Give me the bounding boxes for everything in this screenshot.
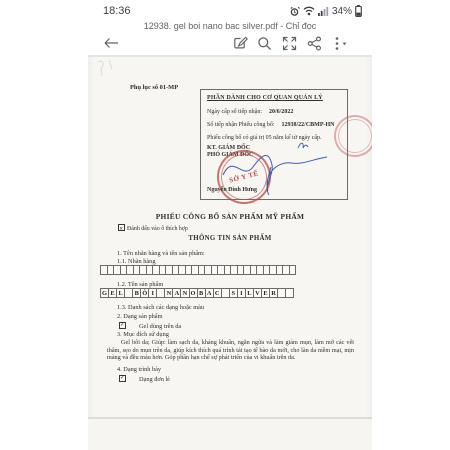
- fullscreen-icon: [282, 36, 297, 51]
- section-1-2-label: 1.2. Tên sản phẩm: [117, 281, 163, 288]
- more-vertical-icon: [332, 36, 348, 51]
- pdf-page-2-top[interactable]: [88, 419, 372, 450]
- back-button[interactable]: [102, 35, 119, 52]
- more-menu-button[interactable]: [331, 35, 348, 52]
- section-2-label: 2. Dạng sản phẩm: [117, 313, 162, 320]
- presentation-option-label: Dạng đơn lẻ: [139, 376, 170, 383]
- wifi-icon: [303, 6, 315, 16]
- status-icons: 34%: [289, 5, 362, 17]
- form-cell: [289, 265, 297, 275]
- back-arrow-icon: [103, 37, 119, 49]
- fullscreen-button[interactable]: [281, 35, 298, 52]
- status-bar: 18:36 34%: [88, 2, 372, 20]
- section-1-1-label: 1.1. Nhãn hàng: [117, 258, 155, 265]
- section-3-label: 3. Mục đích sử dụng: [117, 331, 169, 338]
- checked-checkbox-icon: [118, 224, 125, 231]
- status-time: 18:36: [103, 5, 131, 17]
- toolbar: [88, 32, 372, 54]
- document-title: 12938. gel boi nano bac silver.pdf - Chỉ…: [88, 21, 372, 31]
- product-form-option: Gel dùng trên da: [119, 322, 181, 330]
- checked-checkbox-icon: [119, 322, 126, 329]
- section-4-label: 4. Dạng trình bày: [117, 366, 161, 373]
- signal-icon: [318, 6, 329, 16]
- receipt-date-row: Ngày cấp số tiếp nhận:20/6/2022: [207, 109, 293, 115]
- edit-button[interactable]: [231, 35, 248, 52]
- appendix-label: Phụ lục số 01-MP: [130, 84, 178, 91]
- product-name-cell-row: GELBÔINANOBACSILVER: [100, 288, 294, 298]
- presentation-option: Dạng đơn lẻ: [119, 375, 170, 383]
- receipt-date-label: Ngày cấp số tiếp nhận:: [207, 109, 262, 115]
- receipt-number-row: Số tiếp nhận Phiếu công bố:12938/22/CBMP…: [207, 122, 335, 128]
- admin-box-heading: PHẦN DÀNH CHO CƠ QUAN QUẢN LÝ: [207, 95, 323, 101]
- search-button[interactable]: [256, 35, 273, 52]
- section-1-3-label: 1.3. Danh sách các dạng hoặc màu: [117, 304, 204, 311]
- form-cell: [285, 288, 294, 298]
- pdf-page[interactable]: Phụ lục số 01-MP PHẦN DÀNH CHO CƠ QUAN Q…: [88, 57, 372, 417]
- receipt-number-value: 12938/22/CBMP-HN: [282, 122, 335, 128]
- share-button[interactable]: [306, 35, 323, 52]
- alarm-icon: [289, 6, 300, 17]
- receipt-number-label: Số tiếp nhận Phiếu công bố:: [207, 122, 275, 128]
- battery-percent: 34%: [332, 6, 352, 17]
- signer-name: Nguyễn Đình Hưng: [207, 187, 257, 193]
- purpose-paragraph: Gel bôi da; Giúp: làm sạch da, kháng khu…: [107, 339, 354, 362]
- receipt-date-value: 20/6/2022: [269, 109, 293, 115]
- checkbox-note-label: Đánh dấu vào ô thích hợp: [127, 226, 188, 232]
- product-form-option-label: Gel dùng trên da: [139, 323, 181, 330]
- form-title: PHIẾU CÔNG BỐ SẢN PHẨM MỸ PHẨM: [88, 212, 372, 221]
- phone-screen: 18:36 34% 12938. gel boi nano bac silver…: [0, 0, 450, 450]
- pencil-scribble: [90, 58, 130, 86]
- brand-cell-row: [100, 265, 296, 275]
- checkbox-note: Đánh dấu vào ô thích hợp: [118, 224, 188, 233]
- search-icon: [257, 36, 272, 51]
- checked-checkbox-icon: [119, 375, 126, 382]
- battery-icon: [355, 5, 362, 17]
- section-1-label: 1. Tên nhãn hàng và tên sản phẩm:: [117, 250, 205, 257]
- edit-icon: [232, 35, 248, 51]
- product-info-title: THÔNG TIN SẢN PHẨM: [88, 235, 372, 242]
- admin-box: PHẦN DÀNH CHO CƠ QUAN QUẢN LÝ Ngày cấp s…: [200, 89, 348, 200]
- share-icon: [307, 36, 322, 51]
